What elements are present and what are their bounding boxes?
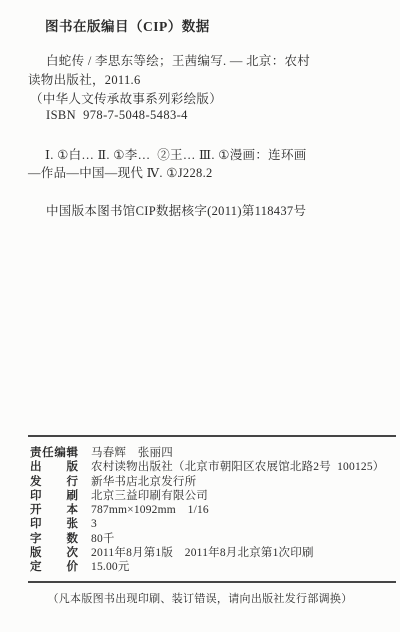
row-value-editor: 马春辉 张丽四 (91, 446, 173, 460)
row-value-sheets: 3 (91, 517, 97, 531)
cip-header-title: 图书在版编目（CIP）数据 (45, 15, 210, 35)
row-label-price: 定价 (30, 560, 78, 574)
row-label-sheets: 印张 (30, 517, 78, 531)
table-row: 印张 3 (30, 517, 396, 531)
table-row: 发行 新华书店北京发行所 (30, 475, 396, 489)
cip-entry-line1: 白蛇传 / 李思东等绘；王茜编写. — 北京：农村 (46, 51, 310, 69)
table-row: 印刷 北京三益印刷有限公司 (30, 489, 396, 503)
row-label-editor: 责任编辑 (30, 446, 78, 460)
row-label-edition: 版次 (30, 546, 78, 560)
cip-entry-line2: 读物出版社，2011.6 (28, 70, 141, 88)
row-value-distributor: 新华书店北京发行所 (91, 475, 196, 489)
row-label-printer: 印刷 (30, 489, 78, 503)
row-value-edition: 2011年8月第1版 2011年8月北京第1次印刷 (91, 546, 314, 560)
isbn-number: ISBN 978-7-5048-5483-4 (46, 108, 188, 123)
book-copyright-page: 图书在版编目（CIP）数据 白蛇传 / 李思东等绘；王茜编写. — 北京：农村 … (0, 0, 400, 632)
classification-line2: —作品—中国—现代 Ⅳ. ①J228.2 (28, 163, 213, 181)
table-row: 开本 787mm×1092mm 1/16 (30, 503, 396, 517)
row-label-publisher: 出版 (30, 460, 78, 474)
row-value-wordcount: 80千 (91, 532, 115, 546)
table-row: 出版 农村读物出版社（北京市朝阳区农展馆北路2号 100125） (30, 460, 396, 474)
row-value-format: 787mm×1092mm 1/16 (91, 503, 209, 517)
row-label-format: 开本 (30, 503, 78, 517)
row-value-printer: 北京三益印刷有限公司 (91, 489, 208, 503)
row-value-price: 15.00元 (91, 560, 130, 574)
table-row: 责任编辑 马春辉 张丽四 (30, 446, 396, 460)
bottom-divider-rule (28, 581, 396, 583)
classification-line1: Ⅰ. ①白… Ⅱ. ①李… ②王… Ⅲ. ①漫画：连环画 (45, 145, 307, 163)
row-label-distributor: 发行 (30, 475, 78, 489)
row-label-wordcount: 字数 (30, 532, 78, 546)
exchange-notice: （凡本版图书出现印刷、装订错误，请向出版社发行部调换） (0, 590, 400, 606)
table-row: 字数 80千 (30, 532, 396, 546)
row-value-publisher: 农村读物出版社（北京市朝阳区农展馆北路2号 100125） (91, 460, 385, 474)
colophon-table: 责任编辑 马春辉 张丽四 出版 农村读物出版社（北京市朝阳区农展馆北路2号 10… (30, 446, 396, 575)
cip-record-number: 中国版本图书馆CIP数据核字(2011)第118437号 (46, 201, 306, 219)
series-note: （中华人文传承故事系列彩绘版） (30, 89, 222, 107)
table-row: 定价 15.00元 (30, 560, 396, 574)
table-row: 版次 2011年8月第1版 2011年8月北京第1次印刷 (30, 546, 396, 560)
top-divider-rule (28, 435, 396, 437)
